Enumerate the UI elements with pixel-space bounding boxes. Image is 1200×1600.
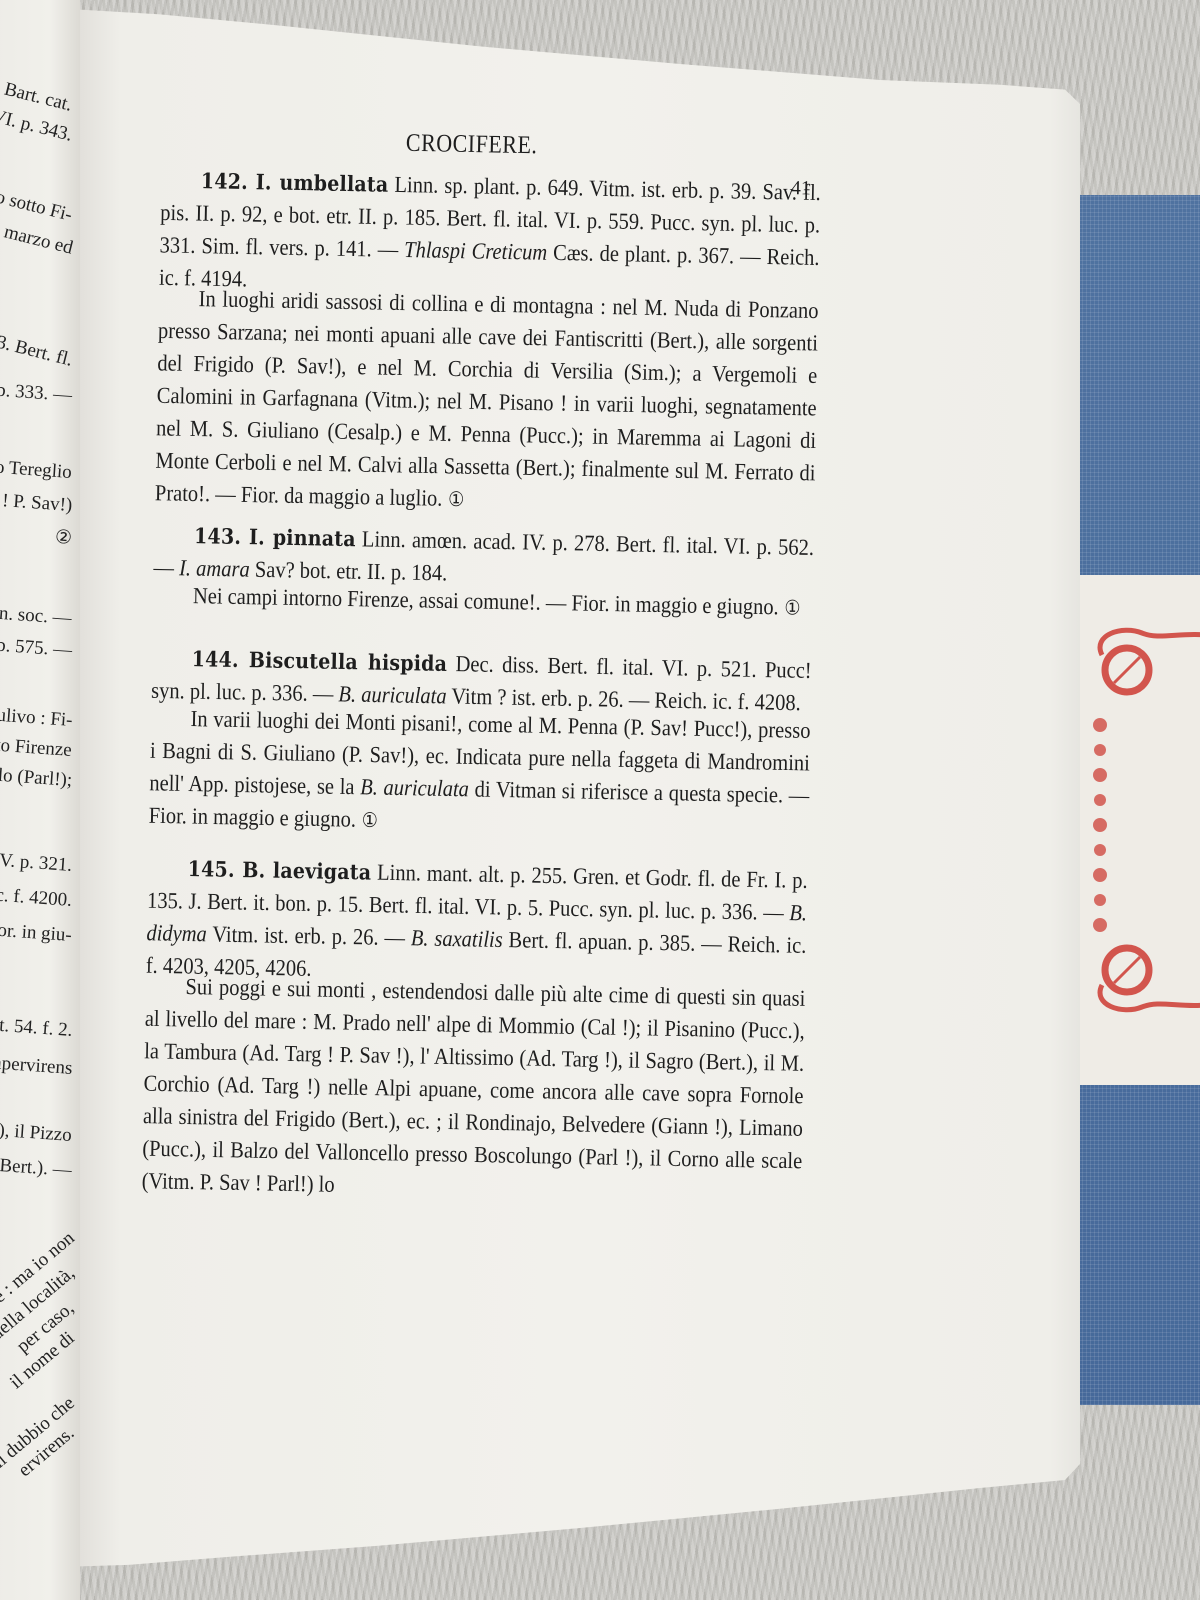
italic-taxon: I. amara bbox=[179, 556, 250, 582]
entry-number: 145. bbox=[187, 857, 242, 883]
species-entry: 145. B. laevigata Linn. mant. alt. p. 25… bbox=[142, 853, 808, 1187]
species-entry: 143. I. pinnata Linn. amœn. acad. IV. p.… bbox=[153, 520, 815, 622]
left-page-text-fragment: V. p. 321. bbox=[0, 850, 73, 877]
left-page-text-fragment: sempervirens bbox=[0, 1051, 73, 1080]
species-name: I. pinnata bbox=[249, 525, 356, 552]
species-name: I. umbellata bbox=[256, 170, 389, 197]
entry-description: Sui poggi e sui monti , estendendosi dal… bbox=[141, 971, 805, 1211]
entry-heading: 142. I. umbellata bbox=[201, 169, 389, 197]
annual-symbol-icon: ① bbox=[442, 488, 464, 512]
left-page-text-fragment: !), il Pizzo bbox=[0, 1119, 73, 1147]
species-entry: 142. I. umbellata Linn. sp. plant. p. 64… bbox=[155, 165, 821, 499]
entry-heading: 143. I. pinnata bbox=[194, 524, 356, 552]
left-page-text-fragment: no sotto Fi- bbox=[0, 184, 75, 227]
left-page-text-fragment: ! P. Sav!) bbox=[1, 490, 73, 517]
annual-symbol-icon: ① bbox=[356, 809, 378, 833]
entry-description: In varii luoghi dei Monti pisani!, come … bbox=[148, 703, 810, 846]
left-page-text-fragment: ello (Parl!); bbox=[0, 764, 73, 792]
left-page-fragment: . Bart. cat.VI. p. 343.no sotto Fi-n mar… bbox=[0, 0, 80, 1600]
species-name: Biscutella hispida bbox=[249, 648, 448, 676]
left-page-text-fragment: ior. in giu- bbox=[0, 919, 73, 947]
left-page-text-fragment: 03. Bert. fl. bbox=[0, 329, 75, 371]
left-page-text-fragment: l' ulivo : Fi- bbox=[0, 704, 73, 732]
left-page-text-fragment: ② bbox=[54, 526, 73, 550]
left-page-text-fragment: ic. f. 4200. bbox=[0, 884, 73, 912]
annual-symbol-icon: ① bbox=[778, 596, 800, 620]
italic-taxon: Thlaspi Creticum bbox=[404, 238, 547, 265]
species-entry: 144. Biscutella hispida Dec. diss. Bert.… bbox=[149, 643, 812, 832]
red-ornament-border-icon bbox=[1082, 625, 1200, 1015]
left-page-text-fragment: sso Tereglio bbox=[0, 456, 73, 484]
entry-heading: 144. Biscutella hispida bbox=[192, 647, 448, 677]
entry-number: 142. bbox=[201, 169, 256, 195]
left-page-text-fragment: (Bert.). — bbox=[0, 1155, 73, 1182]
page-content: CROCIFERE. 41 142. I. umbellata Linn. sp… bbox=[141, 125, 822, 1220]
italic-taxon: B. auriculata bbox=[360, 775, 469, 802]
entry-number: 143. bbox=[194, 524, 249, 550]
left-page-text-fragment: sotto Firenze bbox=[0, 733, 73, 762]
left-page-text-fragment: t. 54. f. 2. bbox=[0, 1015, 73, 1042]
entry-heading: 145. B. laevigata bbox=[187, 857, 371, 885]
left-page-text-fragment: p. 575. — bbox=[0, 635, 73, 662]
italic-taxon: B. saxatilis bbox=[411, 926, 503, 952]
italic-taxon: B. auriculata bbox=[338, 682, 447, 709]
left-page-text-fragment: p. 333. — bbox=[0, 380, 73, 407]
species-entries: 142. I. umbellata Linn. sp. plant. p. 64… bbox=[142, 165, 821, 1186]
species-name: B. laevigata bbox=[242, 858, 371, 885]
left-page-text-fragment: inn. soc. — bbox=[0, 602, 73, 630]
entry-description: In luoghi aridi sassosi di collina e di … bbox=[155, 283, 819, 523]
entry-number: 144. bbox=[192, 647, 250, 673]
